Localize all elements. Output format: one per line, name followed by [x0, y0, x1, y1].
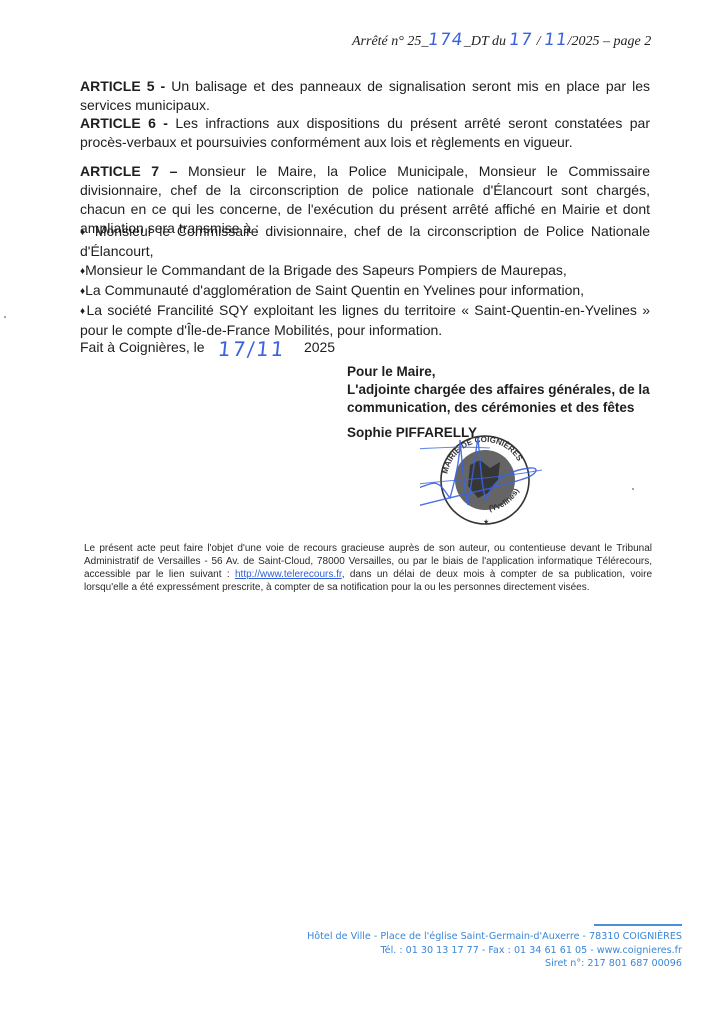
footer-line-address: Hôtel de Ville - Place de l'église Saint…	[307, 930, 682, 944]
article-label: ARTICLE 7 –	[80, 163, 177, 179]
decree-reference: Arrêté n° 25_174_DT du 17 / 11/2025 – pa…	[352, 30, 651, 50]
diamond-bullet-icon: ♦	[80, 227, 88, 238]
article-5: ARTICLE 5 - Un balisage et des panneaux …	[80, 77, 650, 115]
list-item: ♦ Monsieur le Commissaire divisionnaire,…	[80, 222, 650, 261]
handwritten-date: 17/11	[217, 337, 287, 361]
article-label: ARTICLE 6 -	[80, 115, 168, 131]
document-page: Arrêté n° 25_174_DT du 17 / 11/2025 – pa…	[0, 0, 724, 1024]
article-text: Un balisage et des panneaux de signalisa…	[80, 78, 650, 113]
signed-at-year: 2025	[304, 339, 335, 355]
decree-suffix: /2025 – page 2	[568, 34, 652, 49]
handwritten-month: 11	[543, 30, 569, 50]
signed-at-prefix: Fait à Coignières, le	[80, 339, 205, 355]
legal-appeal-notice: Le présent acte peut faire l'objet d'une…	[84, 542, 652, 594]
scan-speck	[632, 488, 634, 490]
footer-divider	[594, 924, 682, 926]
footer-address: Hôtel de Ville - Place de l'église Saint…	[307, 930, 682, 971]
list-item: ♦Monsieur le Commandant de la Brigade de…	[80, 261, 650, 281]
official-stamp-and-signature-icon: MAIRIE DE COIGNIÈRES (Yvelines) ★	[420, 420, 550, 530]
recipient-text: La Communauté d'agglomération de Saint Q…	[85, 282, 584, 298]
decree-prefix: Arrêté n° 25_	[352, 34, 428, 49]
recipient-text: Monsieur le Commissaire divisionnaire, c…	[80, 223, 650, 259]
signature-line-2: L'adjointe chargée des affaires générale…	[347, 381, 667, 417]
footer-line-siret: Siret n°: 217 801 687 00096	[307, 957, 682, 971]
signature-block: Pour le Maire, L'adjointe chargée des af…	[347, 363, 667, 417]
signature-line-1: Pour le Maire,	[347, 363, 667, 381]
decree-middle: _DT du	[464, 34, 510, 49]
article-label: ARTICLE 5 -	[80, 78, 165, 94]
scan-speck	[4, 316, 6, 318]
svg-text:★: ★	[483, 518, 489, 526]
telerecours-link[interactable]: http://www.telerecours.fr	[235, 569, 342, 580]
list-item: ♦La Communauté d'agglomération de Saint …	[80, 281, 650, 301]
handwritten-day: 17	[508, 30, 534, 50]
article-6: ARTICLE 6 - Les infractions aux disposit…	[80, 114, 650, 152]
recipient-text: Monsieur le Commandant de la Brigade des…	[85, 262, 567, 278]
signed-at-line: Fait à Coignières, le 17/11 2025	[80, 333, 335, 357]
handwritten-decree-number: 174	[427, 30, 465, 50]
recipients-list: ♦ Monsieur le Commissaire divisionnaire,…	[80, 222, 650, 340]
footer-line-contact: Tél. : 01 30 13 17 77 - Fax : 01 34 61 6…	[307, 944, 682, 958]
